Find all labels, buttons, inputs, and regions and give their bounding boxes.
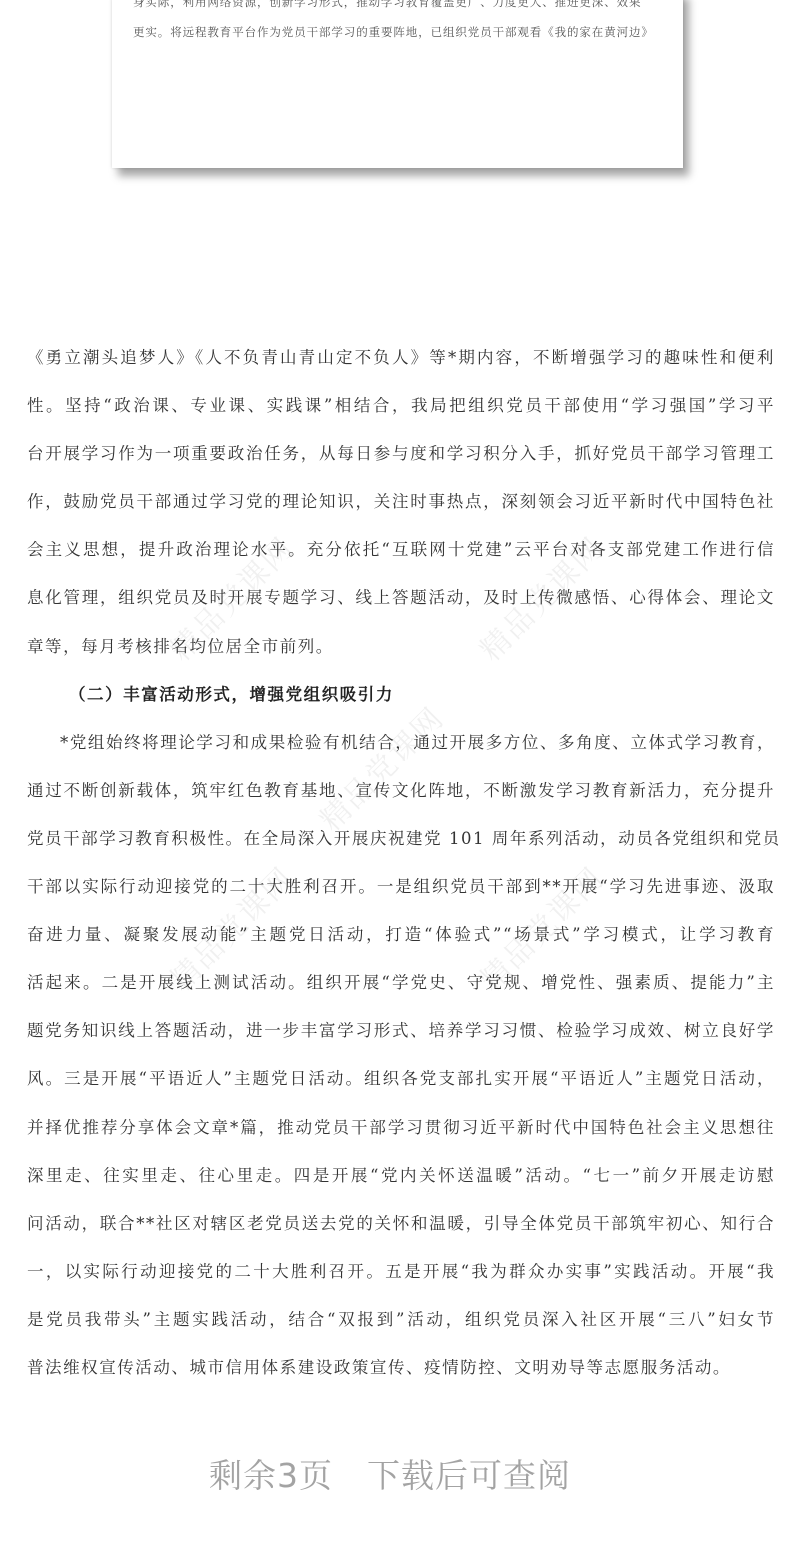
paragraph-line: 息化管理，组织党员及时开展专题学习、线上答题活动，及时上传微感悟、心得体会、理论… xyxy=(27,580,775,628)
paragraph-line: 作，鼓励党员干部通过学习党的理论知识，关注时事热点，深刻领会习近平新时代中国特色… xyxy=(27,484,775,532)
paragraph-line: 普法维权宣传活动、城市信用体系建设政策宣传、疫情防控、文明劝导等志愿服务活动。 xyxy=(27,1350,775,1398)
download-to-view-prompt[interactable]: 剩余3页下载后可查阅 xyxy=(0,1450,780,1497)
preview-text-line: 身实际，利用网络资源，创新学习形式，推动学习教育覆盖更广、力度更大、推进更深、效… xyxy=(133,0,663,10)
paragraph-line: 活起来。二是开展线上测试活动。组织开展“学党史、守党规、增党性、强素质、提能力”… xyxy=(27,965,775,1013)
paragraph-line: 问活动，联合**社区对辖区老党员送去党的关怀和温暖，引导全体党员干部筑牢初心、知… xyxy=(27,1206,775,1254)
paragraph-line: 题党务知识线上答题活动，进一步丰富学习形式、培养学习习惯、检验学习成效、树立良好… xyxy=(27,1013,775,1061)
paragraph-line: 深里走、往实里走、往心里走。四是开展“党内关怀送温暖”活动。“七一”前夕开展走访… xyxy=(27,1158,775,1206)
preview-text-line: 更实。将远程教育平台作为党员干部学习的重要阵地，已组织党员干部观看《我的家在黄河… xyxy=(133,24,663,40)
paragraph-line: *党组始终将理论学习和成果检验有机结合，通过开展多方位、多角度、立体式学习教育， xyxy=(27,725,775,773)
paragraph-line: 台开展学习作为一项重要政治任务，从每日参与度和学习积分入手，抓好党员干部学习管理… xyxy=(27,436,775,484)
paragraph-line: 党员干部学习教育积极性。在全局深入开展庆祝建党 101 周年系列活动，动员各党组… xyxy=(27,821,775,869)
paragraph-line: 《勇立潮头追梦人》《人不负青山青山定不负人》等*期内容，不断增强学习的趣味性和便… xyxy=(27,340,775,388)
paragraph-line: 是党员我带头”主题实践活动，结合“双报到”活动，组织党员深入社区开展“三八”妇女… xyxy=(27,1302,775,1350)
section-heading: （二）丰富活动形式，增强党组织吸引力 xyxy=(27,677,775,725)
paragraph-line: 风。三是开展“平语近人”主题党日活动。组织各党支部扎实开展“平语近人”主题党日活… xyxy=(27,1061,775,1109)
paragraph-line: 并择优推荐分享体会文章*篇，推动党员干部学习贯彻习近平新时代中国特色社会主义思想… xyxy=(27,1110,775,1158)
preview-page-card: 身实际，利用网络资源，创新学习形式，推动学习教育覆盖更广、力度更大、推进更深、效… xyxy=(112,0,683,168)
paragraph-line: 奋进力量、凝聚发展动能”主题党日活动，打造“体验式”“场景式”学习模式，让学习教… xyxy=(27,917,775,965)
paragraph-line: 章等，每月考核排名均位居全市前列。 xyxy=(27,629,775,677)
paragraph-line: 性。坚持“政治课、专业课、实践课”相结合，我局把组织党员干部使用“学习强国”学习… xyxy=(27,388,775,436)
document-body: 《勇立潮头追梦人》《人不负青山青山定不负人》等*期内容，不断增强学习的趣味性和便… xyxy=(27,340,775,1398)
paragraph-line: 会主义思想，提升政治理论水平。充分依托“互联网十党建”云平台对各支部党建工作进行… xyxy=(27,532,775,580)
paragraph-line: 通过不断创新载体，筑牢红色教育基地、宣传文化阵地，不断激发学习教育新活力，充分提… xyxy=(27,773,775,821)
paragraph-line: 一，以实际行动迎接党的二十大胜利召开。五是开展“我为群众办实事”实践活动。开展“… xyxy=(27,1254,775,1302)
paragraph-line: 干部以实际行动迎接党的二十大胜利召开。一是组织党员干部到**开展“学习先进事迹、… xyxy=(27,869,775,917)
download-to-view-label: 下载后可查阅 xyxy=(367,1456,571,1495)
remaining-pages-label: 剩余3页 xyxy=(209,1456,333,1495)
